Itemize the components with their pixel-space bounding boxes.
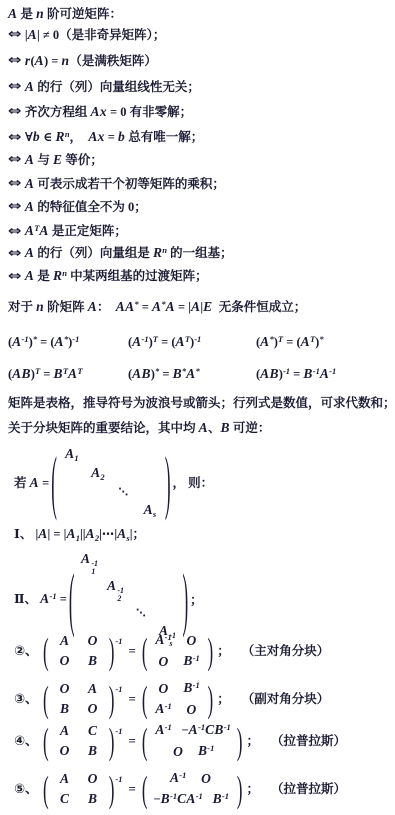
title-text: A 是 n 阶可逆矩阵：: [8, 6, 122, 22]
diag-prefix-text: 若 A =: [14, 475, 49, 491]
matrix-exponent: -1: [115, 723, 122, 739]
matrix-row: A-12: [77, 578, 181, 603]
item-number: ③、: [14, 691, 38, 707]
identity-text: (AB)-1 = B-1A-1: [256, 366, 336, 383]
lhs-matrix: (ACOB)-1: [43, 722, 122, 760]
equivalence-line: ⇔ A 的特征值全不为 0；: [8, 199, 147, 215]
matrix-row: CB: [51, 790, 107, 808]
equals-sign: =: [128, 733, 135, 749]
matrix-row: A-1O: [150, 700, 206, 719]
matrix-cell: A-1: [150, 631, 178, 650]
matrix-row: A2: [59, 465, 163, 482]
matrix-body: A-1O−B-1CA-1B-1: [148, 769, 237, 809]
diagonal-matrix: (A1A2⋱As): [51, 446, 170, 519]
left-paren: (: [43, 770, 49, 807]
identity-formula: (A-1)T = (AT)-1: [128, 334, 201, 351]
matrix-cell: A: [51, 722, 79, 740]
matrix-body: AOCB: [49, 770, 109, 808]
block-matrix-intro: 关于分块矩阵的重要结论，其中均 A、B 可逆：: [8, 420, 270, 436]
matrix-cell: B-1: [207, 790, 235, 809]
matrix-cell: A-11: [77, 551, 103, 576]
left-paren: (: [142, 770, 148, 807]
left-paren: (: [51, 447, 57, 518]
matrix-row: A-1O: [150, 631, 206, 650]
equals-sign: =: [128, 691, 135, 707]
rhs-matrix: (A-1−A-1CB-1OB-1): [142, 721, 243, 761]
equivalence-line: ⇔ 齐次方程组 Ax = 0 有非零解；: [8, 104, 192, 120]
note-line: 矩阵是表格，推导符号为波浪号或箭头；行列式是数值，可求代数和；: [8, 395, 395, 411]
matrix-cell: O: [51, 742, 79, 760]
matrix-row: OB-1: [150, 679, 206, 698]
double-arrow-icon: ⇔: [8, 224, 22, 240]
page-title: A 是 n 阶可逆矩阵：: [8, 6, 122, 22]
equivalence-text: A 的行（列）向量组是 Rn 的一组基；: [25, 245, 233, 262]
matrix-cell: O: [51, 652, 79, 670]
matrix-cell: B: [51, 700, 79, 718]
double-arrow-icon: ⇔: [8, 79, 22, 95]
matrix-cell: O: [178, 632, 206, 650]
equals-sign: =: [128, 781, 135, 797]
adjugate-text: 对于 n 阶矩阵 A： AA* = A*A = |A|E 无条件恒成立；: [8, 299, 306, 316]
double-arrow-icon: ⇔: [8, 246, 22, 262]
matrix-row: OB: [51, 652, 107, 670]
double-arrow-icon: ⇔: [8, 176, 22, 192]
determinant-rule-text: Ⅰ、 |A| = |A1||A2|⋯|As|；: [14, 526, 145, 543]
matrix-body: ACOB: [49, 722, 109, 760]
equivalence-line: ⇔ |A| ≠ 0（是非奇异矩阵）；: [8, 27, 165, 43]
left-paren: (: [69, 564, 75, 635]
determinant-product-rule: Ⅰ、 |A| = |A1||A2|⋯|As|；: [14, 526, 145, 543]
matrix-row: AC: [51, 722, 107, 740]
right-paren: ): [165, 447, 171, 518]
item-number: ⑤、: [14, 781, 38, 797]
double-arrow-icon: ⇔: [8, 199, 22, 215]
lhs-matrix: (OABO)-1: [43, 680, 122, 718]
matrix-row: ⋱: [77, 605, 181, 621]
matrix-exponent: -1: [115, 681, 122, 697]
matrix-exponent: -1: [115, 771, 122, 787]
identity-text: (A-1)T = (AT)-1: [128, 334, 201, 351]
matrix-row: −B-1CA-1B-1: [150, 790, 235, 809]
matrix-row: A-1O: [150, 769, 235, 788]
matrix-cell: A-1: [164, 769, 192, 788]
rhs-matrix: (OB-1A-1O): [142, 679, 213, 719]
matrix-cell: B-1: [178, 679, 206, 698]
note-text: 矩阵是表格，推导符号为波浪号或箭头；行列式是数值，可求代数和；: [8, 395, 395, 411]
equivalence-text: 齐次方程组 Ax = 0 有非零解；: [25, 104, 192, 120]
equivalence-text: r(A) = n（是满秩矩阵）: [25, 53, 157, 69]
lhs-matrix: (AOCB)-1: [43, 770, 122, 808]
matrix-cell: A2: [85, 465, 111, 482]
block-inverse-item: ③、 (OABO)-1 = (OB-1A-1O) ； （副对角分块）: [14, 679, 329, 719]
matrix-row: OB-1: [150, 742, 235, 761]
matrix-cell: ⋱: [129, 605, 155, 621]
item-caption: （拉普拉斯）: [271, 781, 346, 797]
item-number: ④、: [14, 733, 38, 749]
matrix-cell: A-12: [103, 578, 129, 603]
stacked-script: -12: [117, 587, 124, 603]
matrix-row: OB: [51, 742, 107, 760]
item-caption: （副对角分块）: [242, 691, 330, 707]
right-paren: ): [183, 564, 189, 635]
matrix-row: As: [59, 502, 163, 519]
semicolon: ；: [246, 781, 259, 797]
matrix-row: AO: [51, 632, 107, 650]
matrix-cell: B: [79, 790, 107, 808]
semicolon: ；: [246, 733, 259, 749]
matrix-cell: B-1: [178, 652, 206, 671]
block-inverse-item: ⑤、 (AOCB)-1 = (A-1O−B-1CA-1B-1) ； （拉普拉斯）: [14, 769, 346, 809]
block-inverse-item: ②、 (AOOB)-1 = (A-1OOB-1) ； （主对角分块）: [14, 631, 329, 671]
equivalence-text: ∀b ∈ Rn， Ax = b 总有唯一解；: [25, 129, 203, 146]
stacked-script: -11: [91, 560, 98, 576]
item-number: ②、: [14, 643, 38, 659]
block-inverse-item: ④、 (ACOB)-1 = (A-1−A-1CB-1OB-1) ； （拉普拉斯）: [14, 721, 346, 761]
equivalence-line: ⇔ ∀b ∈ Rn， Ax = b 总有唯一解；: [8, 129, 203, 146]
equivalence-text: A 与 E 等价；: [25, 152, 103, 168]
right-paren: ): [208, 680, 214, 717]
matrix-exponent: -1: [115, 633, 122, 649]
block-intro-text: 关于分块矩阵的重要结论，其中均 A、B 可逆：: [8, 420, 270, 436]
identity-formula: (AB)* = B*A*: [128, 366, 200, 383]
matrix-cell: O: [192, 770, 220, 788]
double-arrow-icon: ⇔: [8, 130, 22, 146]
matrix-row: OB-1: [150, 652, 206, 671]
matrix-cell: C: [79, 722, 107, 740]
right-paren: ): [109, 680, 115, 717]
double-arrow-icon: ⇔: [8, 152, 22, 168]
identity-formula: (AB)-1 = B-1A-1: [256, 366, 336, 383]
matrix-cell: A1: [59, 446, 85, 463]
right-paren: ): [109, 632, 115, 669]
right-paren: ): [109, 770, 115, 807]
equivalence-line: ⇔ r(A) = n（是满秩矩阵）: [8, 53, 157, 69]
matrix-body: OB-1A-1O: [148, 679, 208, 719]
left-paren: (: [43, 632, 49, 669]
matrix-row: OA: [51, 680, 107, 698]
matrix-cell: ⋱: [111, 484, 137, 500]
matrix-cell: −B-1CA-1: [150, 790, 207, 809]
left-paren: (: [142, 680, 148, 717]
equals-sign: =: [128, 643, 135, 659]
matrix-row: ⋱: [59, 484, 163, 500]
inverse-suffix-text: ；: [190, 592, 203, 608]
rhs-matrix: (A-1O−B-1CA-1B-1): [142, 769, 243, 809]
double-arrow-icon: ⇔: [8, 104, 22, 120]
semicolon: ；: [217, 691, 230, 707]
matrix-cell: A: [51, 632, 79, 650]
diag-suffix-text: ， 则：: [173, 475, 214, 491]
inverse-prefix-text: Ⅱ、 A-1 =: [14, 591, 67, 608]
math-notes-document: A 是 n 阶可逆矩阵： ⇔ |A| ≠ 0（是非奇异矩阵）； ⇔ r(A) =…: [0, 0, 395, 815]
matrix-cell: O: [150, 680, 178, 698]
matrix-cell: B: [79, 742, 107, 760]
equivalence-line: ⇔ A 的行（列）向量组线性无关；: [8, 79, 200, 95]
left-paren: (: [142, 632, 148, 669]
equivalence-line: ⇔ A 可表示成若干个初等矩阵的乘积；: [8, 176, 225, 192]
double-arrow-icon: ⇔: [8, 27, 22, 43]
semicolon: ；: [217, 643, 230, 659]
rhs-matrix: (A-1OOB-1): [142, 631, 213, 671]
identity-formula: (A*)T = (AT)*: [256, 334, 324, 351]
equivalence-text: |A| ≠ 0（是非奇异矩阵）；: [25, 27, 165, 43]
equivalence-text: A 是 Rn 中某两组基的过渡矩阵；: [25, 268, 208, 285]
identity-formula: (A-1)* = (A*)-1: [8, 334, 79, 351]
left-paren: (: [142, 722, 148, 759]
lhs-matrix: (AOOB)-1: [43, 632, 122, 670]
item-caption: （拉普拉斯）: [271, 733, 346, 749]
matrix-cell: O: [164, 743, 192, 761]
matrix-row: A1: [59, 446, 163, 463]
equivalence-line: ⇔ A 与 E 等价；: [8, 152, 103, 168]
right-paren: ): [237, 770, 243, 807]
matrix-body: OABO: [49, 680, 109, 718]
right-paren: ): [237, 722, 243, 759]
matrix-cell: O: [178, 701, 206, 719]
matrix-cell: A-1: [150, 700, 178, 719]
matrix-cell: B: [79, 652, 107, 670]
matrix-body: AOOB: [49, 632, 109, 670]
double-arrow-icon: ⇔: [8, 53, 22, 69]
equivalence-line: ⇔ A 是 Rn 中某两组基的过渡矩阵；: [8, 268, 208, 285]
matrix-body: A-1−A-1CB-1OB-1: [148, 721, 237, 761]
identity-text: (A*)T = (AT)*: [256, 334, 324, 351]
matrix-cell: B-1: [192, 742, 220, 761]
identity-formula: (AB)T = BTAT: [8, 366, 83, 383]
diagonal-matrix-definition: 若 A = (A1A2⋱As) ， 则：: [14, 446, 213, 519]
item-caption: （主对角分块）: [242, 643, 330, 659]
left-paren: (: [43, 680, 49, 717]
matrix-row: BO: [51, 700, 107, 718]
right-paren: ): [109, 722, 115, 759]
double-arrow-icon: ⇔: [8, 269, 22, 285]
matrix-cell: C: [51, 790, 79, 808]
matrix-cell: A: [51, 770, 79, 788]
identity-text: (AB)T = BTAT: [8, 366, 83, 383]
equivalence-text: A 的行（列）向量组线性无关；: [25, 79, 200, 95]
matrix-cell: O: [51, 680, 79, 698]
right-paren: ): [208, 632, 214, 669]
matrix-row: AO: [51, 770, 107, 788]
matrix-cell: O: [79, 700, 107, 718]
equivalence-text: A 可表示成若干个初等矩阵的乘积；: [25, 176, 225, 192]
matrix-cell: −A-1CB-1: [178, 721, 235, 740]
matrix-cell: As: [137, 502, 163, 519]
matrix-body: A1A2⋱As: [57, 446, 165, 519]
equivalence-text: ATA 是正定矩阵；: [25, 223, 127, 240]
matrix-cell: O: [79, 770, 107, 788]
identity-text: (A-1)* = (A*)-1: [8, 334, 79, 351]
matrix-cell: O: [150, 653, 178, 671]
matrix-body: A-1OOB-1: [148, 631, 208, 671]
equivalence-line: ⇔ ATA 是正定矩阵；: [8, 223, 127, 240]
left-paren: (: [43, 722, 49, 759]
matrix-cell: A: [79, 680, 107, 698]
matrix-cell: A-1: [150, 721, 178, 740]
adjugate-identity-line: 对于 n 阶矩阵 A： AA* = A*A = |A|E 无条件恒成立；: [8, 299, 306, 316]
matrix-row: A-1−A-1CB-1: [150, 721, 235, 740]
matrix-cell: O: [79, 632, 107, 650]
identity-text: (AB)* = B*A*: [128, 366, 200, 383]
matrix-row: A-11: [77, 551, 181, 576]
equivalence-line: ⇔ A 的行（列）向量组是 Rn 的一组基；: [8, 245, 233, 262]
equivalence-text: A 的特征值全不为 0；: [25, 199, 147, 215]
